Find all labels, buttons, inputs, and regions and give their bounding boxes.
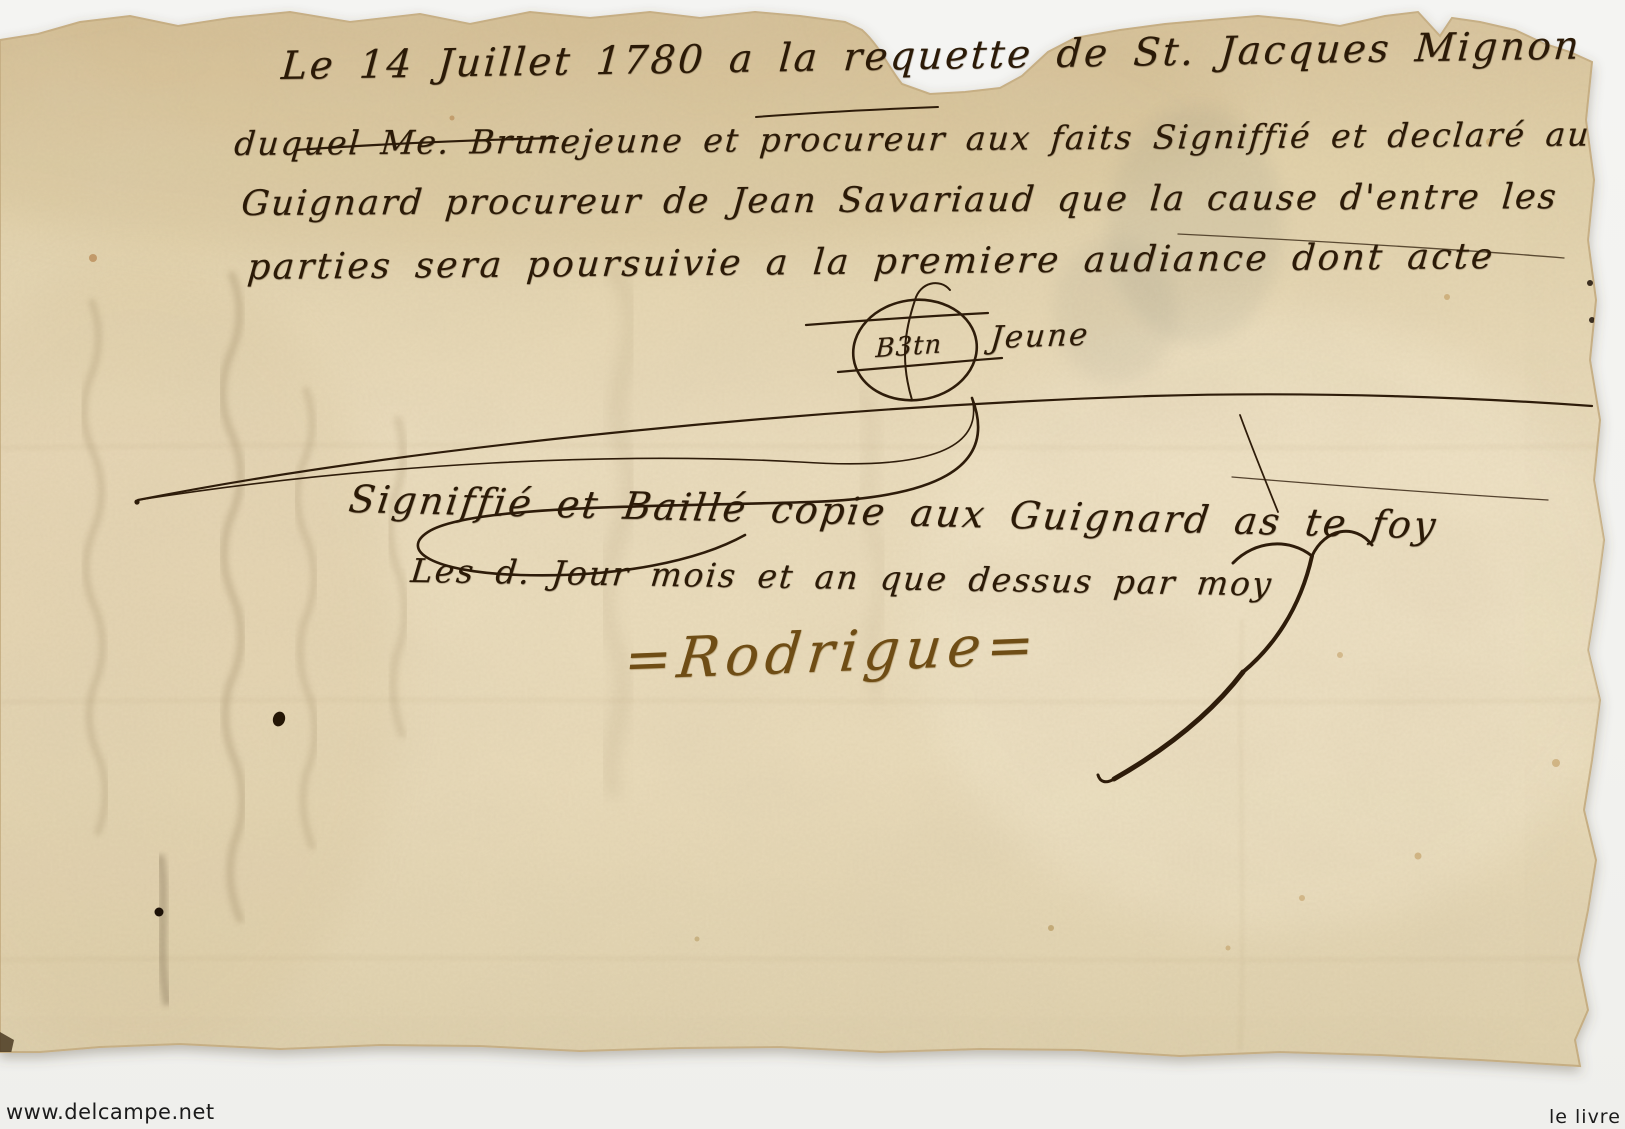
paraph-monogram: B3tn [875,329,943,364]
watermark-le-livre: le livre [1549,1106,1621,1128]
watermark-delcampe: www.delcampe.net [6,1100,215,1124]
smudge-streak [160,855,168,1005]
paraph-name-suffix: Jeune [989,317,1091,357]
scan-viewport: Le 14 Juillet 1780 a la requette de St. … [0,0,1625,1129]
manuscript-line-3: Guignard procureur de Jean Savariaud que… [240,177,1560,224]
